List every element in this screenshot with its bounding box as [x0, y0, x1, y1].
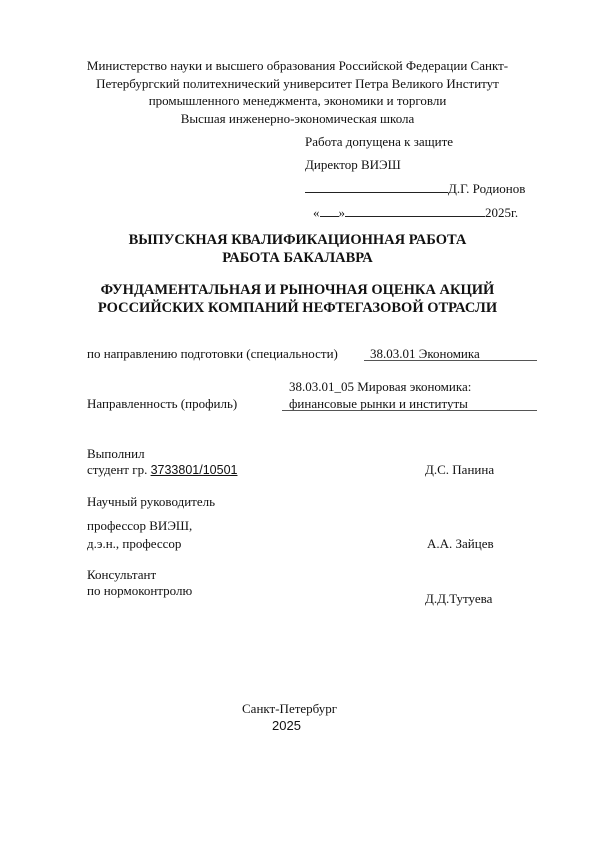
supervisor-position: профессор ВИЭШ,	[87, 518, 192, 534]
profile-label: Направленность (профиль)	[87, 396, 237, 412]
day-blank[interactable]	[320, 205, 339, 217]
header-line-2: Петербургский политехнический университе…	[40, 75, 555, 93]
profile-underline	[282, 410, 537, 411]
admitted-text: Работа допущена к защите	[305, 134, 453, 150]
consultant-label: Консультант	[87, 567, 156, 583]
thesis-topic: ФУНДАМЕНТАЛЬНАЯ И РЫНОЧНАЯ ОЦЕНКА АКЦИЙ …	[40, 281, 555, 317]
direction-label: по направлению подготовки (специальности…	[87, 346, 338, 362]
student-group-prefix: студент гр.	[87, 462, 151, 477]
footer-year: 2025	[272, 718, 301, 733]
student-group-row: студент гр. 3733801/10501	[87, 462, 237, 478]
header-line-3: промышленного менеджмента, экономики и т…	[40, 92, 555, 110]
consultant-role: по нормоконтролю	[87, 583, 192, 599]
work-type-title: ВЫПУСКНАЯ КВАЛИФИКАЦИОННАЯ РАБОТА РАБОТА…	[40, 231, 555, 267]
title-line-2: РАБОТА БАКАЛАВРА	[40, 249, 555, 267]
performer-label: Выполнил	[87, 446, 145, 462]
institution-header: Министерство науки и высшего образования…	[40, 57, 555, 127]
topic-line-2: РОССИЙСКИХ КОМПАНИЙ НЕФТЕГАЗОВОЙ ОТРАСЛИ	[40, 299, 555, 317]
title-line-1: ВЫПУСКНАЯ КВАЛИФИКАЦИОННАЯ РАБОТА	[40, 231, 555, 249]
date-row: «»2025г.	[313, 205, 518, 221]
header-line-4: Высшая инженерно-экономическая школа	[40, 110, 555, 128]
signature-line[interactable]	[305, 181, 448, 193]
supervisor-label: Научный руководитель	[87, 494, 215, 510]
supervisor-degree: д.э.н., профессор	[87, 536, 181, 552]
director-position: Директор ВИЭШ	[305, 157, 401, 173]
header-line-1: Министерство науки и высшего образования…	[40, 57, 555, 75]
consultant-name: Д.Д.Тутуева	[425, 591, 492, 607]
performer-name: Д.С. Панина	[425, 462, 494, 478]
director-signature-row: Д.Г. Родионов	[305, 181, 525, 197]
student-group-number: 3733801/10501	[151, 463, 238, 477]
supervisor-name: А.А. Зайцев	[427, 536, 494, 552]
director-name: Д.Г. Родионов	[448, 181, 525, 196]
date-year: 2025г.	[485, 205, 518, 220]
city: Санкт-Петербург	[242, 701, 337, 717]
topic-line-1: ФУНДАМЕНТАЛЬНАЯ И РЫНОЧНАЯ ОЦЕНКА АКЦИЙ	[40, 281, 555, 299]
profile-value-line-1: 38.03.01_05 Мировая экономика:	[289, 379, 471, 395]
month-blank[interactable]	[345, 205, 485, 217]
direction-underline	[364, 360, 537, 361]
